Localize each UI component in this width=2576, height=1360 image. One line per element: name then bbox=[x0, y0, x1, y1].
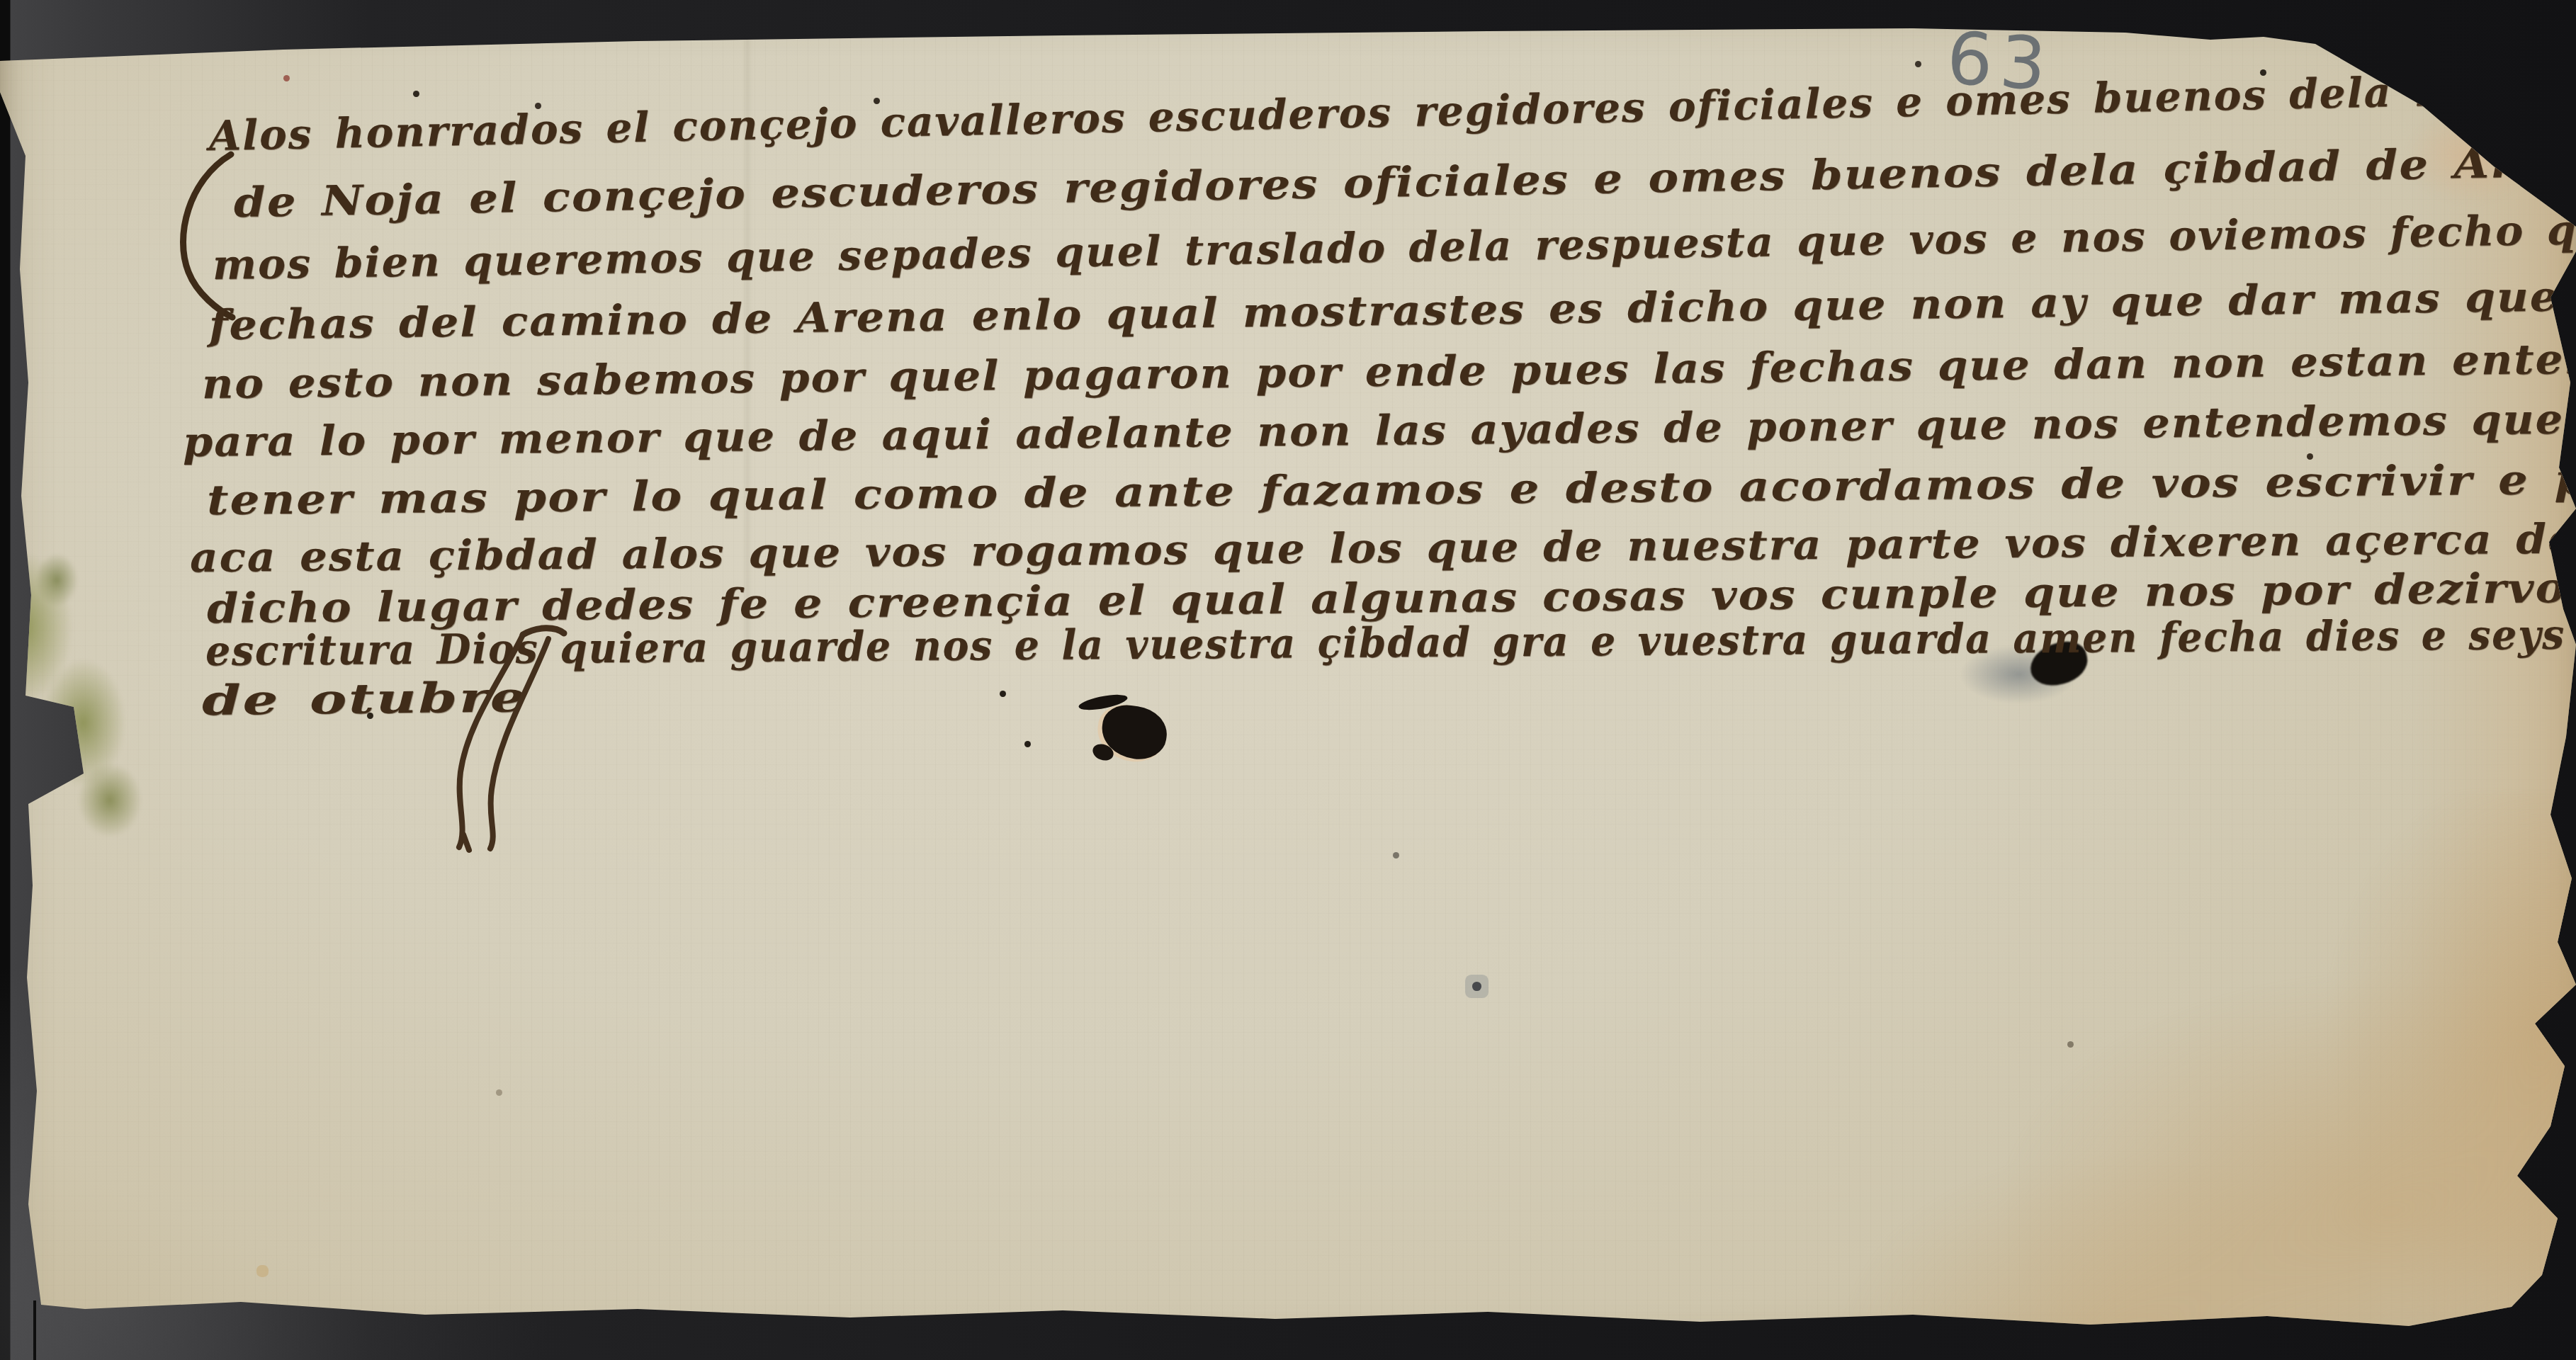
bottom-right-water-stain bbox=[1785, 793, 2576, 1360]
photo-backdrop: 63 Alos honrrados el conçejo cavalleros … bbox=[0, 0, 2576, 1360]
gutter-shadow bbox=[33, 1300, 36, 1360]
flourish-stroke-2 bbox=[490, 639, 548, 849]
flourish-stroke-3 bbox=[523, 628, 564, 635]
manuscript-page: 63 Alos honrrados el conçejo cavalleros … bbox=[0, 0, 2576, 1360]
manuscript-text: Alos honrrados el conçejo cavalleros esc… bbox=[0, 0, 2576, 850]
flourish-tick bbox=[463, 834, 469, 850]
manuscript-line: tener mas por lo qual como de ante fazam… bbox=[207, 453, 2576, 524]
notarial-flourish bbox=[417, 622, 608, 863]
foxing-specks bbox=[0, 0, 4, 4]
